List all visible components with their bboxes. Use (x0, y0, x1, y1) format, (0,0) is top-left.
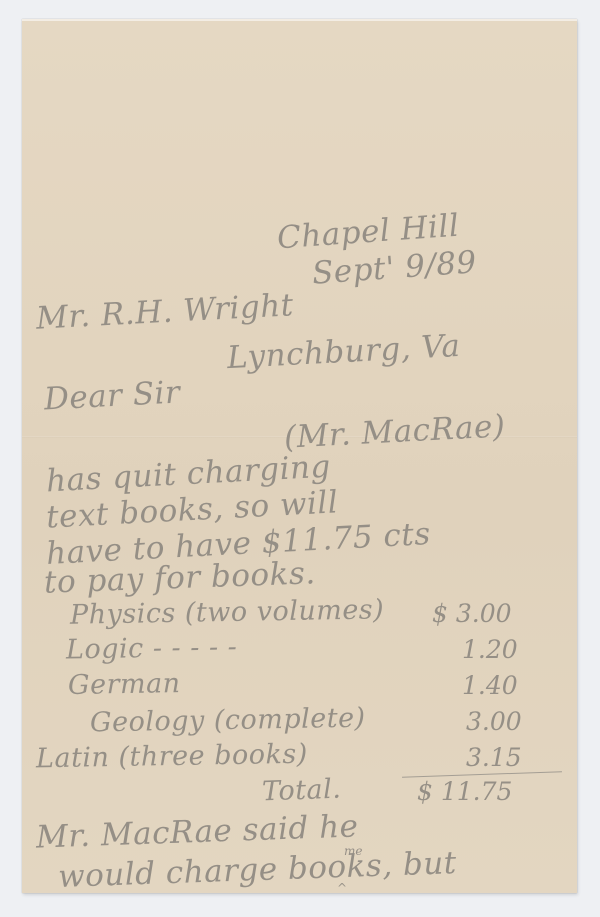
body-line: (Mr. MacRae) (283, 411, 506, 454)
closing-line: Mr. MacRae said he (36, 811, 359, 853)
book-item: German (68, 670, 181, 699)
book-item: Latin (three books) (36, 741, 308, 773)
book-amount: 3.00 (466, 709, 522, 734)
salutation: Dear Sir (43, 377, 181, 415)
body-line: to pay for books. (44, 558, 317, 598)
scanned-document: Chapel Hill Sept' 9/89 Mr. R.H. Wright L… (0, 0, 600, 917)
book-item: Geology (complete) (90, 705, 366, 737)
total-label: Total. (262, 776, 342, 806)
total-amount: $ 11.75 (417, 779, 512, 804)
letter-page: Chapel Hill Sept' 9/89 Mr. R.H. Wright L… (22, 19, 577, 893)
book-item: Physics (two volumes) (70, 596, 385, 628)
book-item: Logic - - - - - (66, 634, 238, 664)
book-amount: 1.40 (462, 673, 518, 698)
insertion-text: me (344, 845, 362, 857)
addressee-city: Lynchburg, Va (226, 331, 461, 374)
closing-line: would charge books, but (58, 848, 458, 893)
letter-date: Sept' 9/89 (311, 247, 478, 289)
insertion-caret: ^ (337, 882, 347, 894)
addressee-name: Mr. R.H. Wright (35, 290, 294, 334)
book-amount: 1.20 (462, 637, 518, 662)
book-amount: $ 3.00 (432, 601, 512, 626)
book-amount: 3.15 (466, 745, 522, 770)
